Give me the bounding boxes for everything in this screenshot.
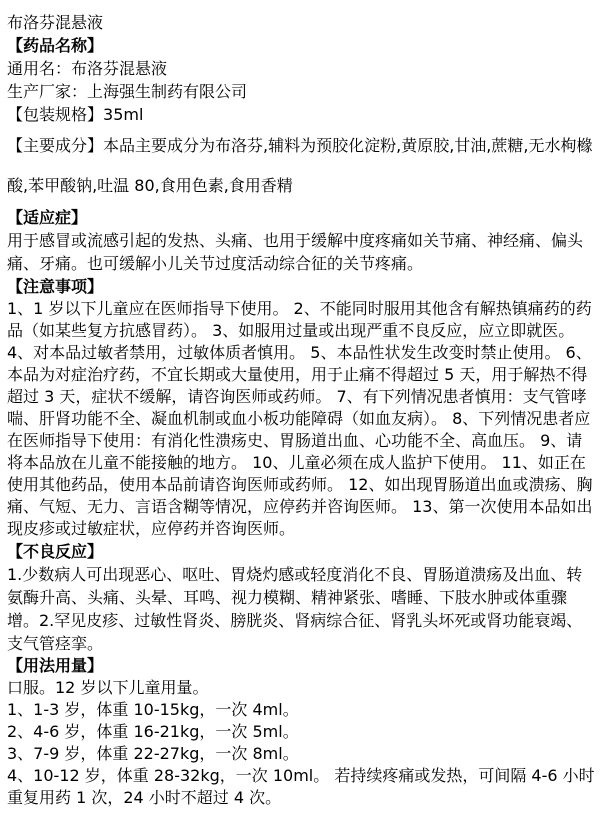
- ingredients-line: 【主要成分】本品主要成分为布洛芬,辅料为预胶化淀粉,黄原胶,甘油,蔗糖,无水枸橼…: [7, 126, 597, 206]
- dosage-item: 3、7-9 岁，体重 22-27kg，一次 8ml。: [7, 743, 597, 765]
- dosage-item: 4、10-12 岁，体重 28-32kg，一次 10ml。 若持续疼痛或发热，可…: [7, 765, 597, 809]
- indications-text: 用于感冒或流感引起的发热、头痛、也用于缓解中度疼痛如关节痛、神经痛、偏头痛、牙痛…: [7, 229, 597, 275]
- package-spec-value: 35ml: [103, 105, 143, 124]
- section-heading-package: 【包装规格】: [7, 105, 103, 124]
- dosage-item: 2、4-6 岁，体重 16-21kg，一次 5ml。: [7, 721, 597, 743]
- precautions-text: 1、1 岁以下儿童应在医师指导下使用。 2、不能同时服用其他含有解热镇痛药的药品…: [7, 298, 597, 540]
- page-title: 布洛芬混悬液: [7, 11, 597, 34]
- section-heading-indications: 【适应症】: [7, 206, 597, 229]
- generic-name-line: 通用名：布洛芬混悬液: [7, 57, 597, 80]
- adverse-reactions-text: 1.少数病人可出现恶心、呕吐、胃烧灼感或轻度消化不良、胃肠道溃疡及出血、转氨酶升…: [7, 563, 597, 655]
- drug-leaflet: 布洛芬混悬液 【药品名称】 通用名：布洛芬混悬液 生产厂家：上海强生制药有限公司…: [0, 0, 605, 838]
- section-heading-adverse-reactions: 【不良反应】: [7, 540, 597, 563]
- dosage-section: 【用法用量】 口服。12 岁以下儿童用量。 1、1-3 岁，体重 10-15kg…: [7, 655, 597, 809]
- section-heading-drug-name: 【药品名称】: [7, 34, 597, 57]
- dosage-item: 1、1-3 岁，体重 10-15kg，一次 4ml。: [7, 699, 597, 721]
- section-heading-dosage: 【用法用量】: [7, 655, 597, 677]
- section-heading-ingredients: 【主要成分】: [7, 136, 103, 155]
- section-heading-precautions: 【注意事项】: [7, 275, 597, 298]
- package-spec-line: 【包装规格】35ml: [7, 103, 597, 126]
- dosage-intro: 口服。12 岁以下儿童用量。: [7, 677, 597, 699]
- manufacturer-line: 生产厂家：上海强生制药有限公司: [7, 80, 597, 103]
